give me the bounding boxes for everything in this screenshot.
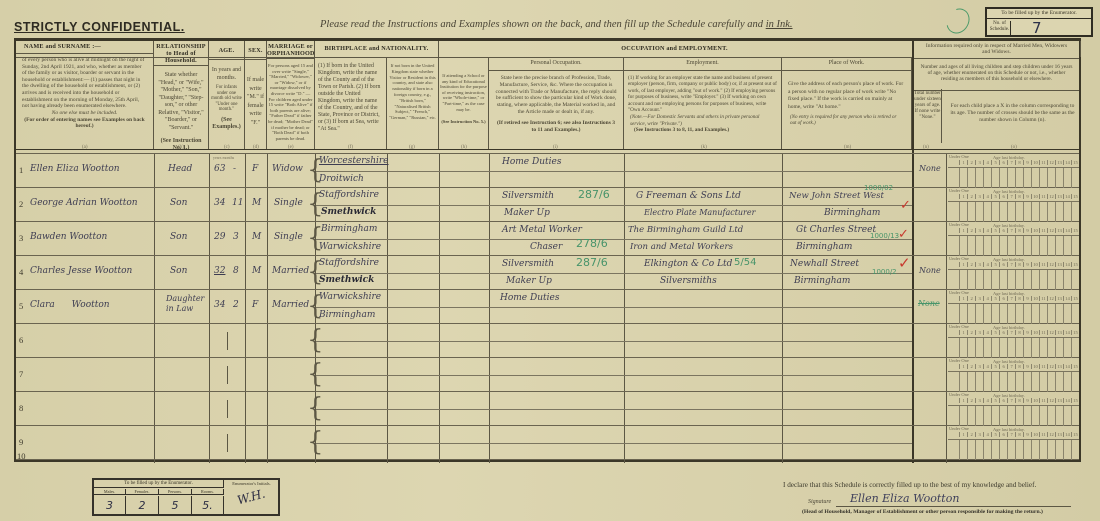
children-total[interactable]: None: [918, 299, 940, 308]
relationship[interactable]: Son: [170, 232, 187, 242]
schedule-box-label: No. of Schedule.: [989, 21, 1011, 35]
occupation-detail[interactable]: Maker Up: [504, 208, 550, 218]
age-number: 13: [1055, 194, 1063, 199]
age-cell[interactable]: [1031, 338, 1039, 358]
age-divider: [227, 434, 228, 452]
females-count[interactable]: 2: [126, 496, 159, 515]
row-subline: [316, 273, 912, 274]
work-address[interactable]: New John Street West: [789, 191, 884, 201]
marriage-status[interactable]: Single: [274, 198, 303, 208]
age-number: 6: [999, 398, 1007, 403]
enumerator-box-title: To be filled up by the Enumerator.: [94, 480, 224, 488]
age-number: 9: [1023, 398, 1031, 403]
header-personal-occupation: Personal Occupation. State here the prec…: [489, 57, 624, 149]
age-cell[interactable]: [1023, 338, 1031, 358]
table-row: 7{: [16, 357, 1079, 391]
header-nationality: If not born in the United Kingdom state …: [387, 57, 439, 149]
age-cell[interactable]: [1071, 304, 1079, 324]
work-town[interactable]: Birmingham: [824, 208, 880, 218]
rooms-count[interactable]: 5.: [192, 496, 224, 515]
relationship[interactable]: Head: [168, 164, 192, 174]
age-cell[interactable]: [959, 406, 967, 426]
signature-field[interactable]: Ellen Eliza Wootton: [850, 492, 959, 505]
person-name[interactable]: George Adrian Wootton: [30, 198, 138, 208]
age-cell[interactable]: [991, 338, 999, 358]
work-address[interactable]: Newhall Street: [790, 259, 859, 269]
header-personal-occupation-body: State here the precise branch of Profess…: [489, 71, 623, 120]
age-cell[interactable]: [1015, 338, 1023, 358]
age-months[interactable]: -: [233, 164, 236, 174]
age-number: 10: [1031, 398, 1039, 403]
age-cell[interactable]: [1063, 202, 1071, 222]
col-letter-k: (k): [701, 145, 707, 150]
age-cell[interactable]: [1063, 168, 1071, 188]
employer-business[interactable]: Iron and Metal Workers: [630, 242, 733, 252]
under-one-label: Under One: [949, 155, 969, 160]
age-cell[interactable]: [975, 372, 983, 392]
age-cell[interactable]: [1015, 168, 1023, 188]
age-number: 6: [999, 262, 1007, 267]
age-years[interactable]: 63: [214, 164, 225, 174]
age-cell[interactable]: [999, 270, 1007, 290]
age-cell[interactable]: [1047, 372, 1055, 392]
age-cell[interactable]: [1023, 270, 1031, 290]
employer-business[interactable]: Silversmiths: [660, 276, 717, 286]
age-cell[interactable]: [1015, 270, 1023, 290]
age-number: 3: [975, 194, 983, 199]
row-subline: [316, 239, 912, 240]
males-count[interactable]: 3: [94, 496, 126, 515]
birthplace-town[interactable]: Smethwick: [319, 275, 374, 285]
birthplace-county[interactable]: Worcestershire: [319, 156, 389, 166]
age-cell[interactable]: [975, 304, 983, 324]
age-cell[interactable]: [948, 168, 959, 188]
occupation-detail[interactable]: Maker Up: [506, 276, 552, 286]
age-cell[interactable]: [1071, 236, 1079, 256]
birthplace-town[interactable]: Warwickshire: [319, 242, 381, 252]
age-cell[interactable]: [1063, 236, 1071, 256]
age-number: 1: [959, 194, 967, 199]
age-number: 6: [999, 364, 1007, 369]
occupation[interactable]: Home Duties: [500, 293, 559, 303]
age-cell[interactable]: [1015, 236, 1023, 256]
instruction-ink: in Ink.: [766, 19, 793, 30]
age-cell[interactable]: [967, 372, 975, 392]
age-number: 10: [1031, 160, 1039, 165]
age-cell[interactable]: [967, 168, 975, 188]
age-cell[interactable]: [1007, 338, 1015, 358]
age-cell[interactable]: [959, 440, 967, 460]
age-cell[interactable]: [948, 406, 959, 426]
birthplace-town[interactable]: Droitwich: [319, 174, 364, 184]
age-number: 12: [1047, 398, 1055, 403]
age-cell[interactable]: [1055, 202, 1063, 222]
age-cell[interactable]: [1071, 406, 1079, 426]
age-cell[interactable]: [975, 338, 983, 358]
age-cell[interactable]: [1015, 406, 1023, 426]
employer[interactable]: Elkington & Co Ltd: [644, 259, 732, 269]
age-cell[interactable]: [1071, 202, 1079, 222]
relationship[interactable]: Son: [170, 198, 187, 208]
birthplace-town[interactable]: Smethwick: [321, 207, 376, 217]
age-cell[interactable]: [991, 440, 999, 460]
age-cell[interactable]: [1015, 304, 1023, 324]
age-years[interactable]: 29: [214, 232, 225, 242]
age-cell[interactable]: [1031, 236, 1039, 256]
age-cell[interactable]: [1007, 270, 1015, 290]
age-cell[interactable]: [959, 202, 967, 222]
census-form-table: NAME and SURNAME :— of every person who …: [14, 38, 1081, 462]
age-cell[interactable]: [1023, 202, 1031, 222]
age-grid-numbers: 123456789101112131415: [948, 398, 1079, 403]
age-years[interactable]: 34: [214, 198, 225, 208]
age-cell[interactable]: [991, 406, 999, 426]
age-cell[interactable]: [1055, 338, 1063, 358]
age-cell[interactable]: [1007, 236, 1015, 256]
age-cell[interactable]: [1047, 270, 1055, 290]
age-cell[interactable]: [967, 270, 975, 290]
age-divider: [227, 400, 228, 418]
age-months[interactable]: 3: [233, 232, 239, 242]
age-cell[interactable]: [991, 236, 999, 256]
sex[interactable]: F: [252, 300, 258, 310]
age-cell[interactable]: [1007, 406, 1015, 426]
age-months[interactable]: 11: [232, 198, 243, 208]
header-children: Information required only in respect of …: [912, 41, 1079, 149]
age-cell[interactable]: [1047, 440, 1055, 460]
age-number: 13: [1055, 364, 1063, 369]
under-one-label: Under One: [949, 257, 969, 262]
age-cell[interactable]: [975, 236, 983, 256]
age-cell[interactable]: [983, 440, 991, 460]
age-cell[interactable]: [1031, 372, 1039, 392]
age-number: 6: [999, 228, 1007, 233]
age-cell[interactable]: [1071, 338, 1079, 358]
employer-code: 5/54: [734, 257, 756, 268]
marriage-status[interactable]: Married: [272, 300, 309, 310]
brace-icon: {: [307, 361, 324, 387]
age-cell[interactable]: [983, 168, 991, 188]
age-cell[interactable]: [983, 236, 991, 256]
census-schedule-page: STRICTLY CONFIDENTIAL. Please read the I…: [0, 0, 1100, 521]
header-name-body: of every person who is alive at midnight…: [22, 57, 147, 110]
age-number: 1: [959, 160, 967, 165]
age-months[interactable]: 2: [233, 300, 239, 310]
age-cell[interactable]: [1055, 236, 1063, 256]
age-cell[interactable]: [1039, 372, 1047, 392]
header-employment-body: (1) If working for an employer state the…: [624, 71, 781, 114]
age-cell[interactable]: [1007, 304, 1015, 324]
age-cell[interactable]: [1071, 270, 1079, 290]
age-cell[interactable]: [1055, 372, 1063, 392]
age-cell[interactable]: [1063, 338, 1071, 358]
age-cell[interactable]: [1039, 304, 1047, 324]
person-name[interactable]: Ellen Eliza Wootton: [30, 164, 120, 174]
age-cell[interactable]: [1055, 304, 1063, 324]
age-number: 1: [959, 364, 967, 369]
age-cell[interactable]: [1063, 440, 1071, 460]
age-cell[interactable]: [1071, 372, 1079, 392]
age-cell[interactable]: [1071, 168, 1079, 188]
relationship[interactable]: Son: [170, 266, 187, 276]
header-relationship-title: RELATIONSHIP to Head of Household.: [154, 43, 208, 66]
sex[interactable]: F: [252, 164, 258, 174]
children-age-grid: Under OneAge last birthday.1234567891011…: [948, 324, 1079, 358]
age-cell[interactable]: [1023, 406, 1031, 426]
birthplace-county[interactable]: Warwickshire: [319, 292, 381, 302]
age-cell[interactable]: [1031, 168, 1039, 188]
age-cell[interactable]: [1063, 270, 1071, 290]
age-cell[interactable]: [983, 406, 991, 426]
col-letter-b: (b): [178, 145, 184, 150]
birthplace-county[interactable]: Birmingham: [321, 224, 377, 234]
green-check-mark-icon: [942, 4, 974, 38]
age-cell[interactable]: [1007, 202, 1015, 222]
age-cell[interactable]: [1047, 168, 1055, 188]
age-cell[interactable]: [959, 168, 967, 188]
age-cell[interactable]: [983, 270, 991, 290]
age-number: 8: [1015, 364, 1023, 369]
age-cell[interactable]: [1039, 168, 1047, 188]
age-years[interactable]: 32: [214, 266, 225, 276]
age-number: 14: [1063, 228, 1071, 233]
age-cell[interactable]: [1031, 406, 1039, 426]
occupation[interactable]: Home Duties: [502, 157, 561, 167]
row-number: 8: [19, 403, 23, 413]
age-cell[interactable]: [999, 202, 1007, 222]
age-cell[interactable]: [1031, 440, 1039, 460]
row-subline: [316, 375, 912, 376]
occupation-detail[interactable]: Chaser: [530, 242, 562, 252]
age-cell[interactable]: [1023, 304, 1031, 324]
children-age-grid: Under OneAge last birthday.1234567891011…: [948, 426, 1079, 460]
age-number: [948, 194, 959, 199]
age-cell[interactable]: [1039, 270, 1047, 290]
age-cell[interactable]: [999, 406, 1007, 426]
marriage-status[interactable]: Widow: [272, 164, 303, 174]
age-cell[interactable]: [948, 372, 959, 392]
age-cell[interactable]: [967, 236, 975, 256]
employer[interactable]: The Birmingham Guild Ltd: [628, 225, 743, 235]
age-cell[interactable]: [1047, 338, 1055, 358]
age-cell[interactable]: [991, 168, 999, 188]
occupation-code: 278/6: [576, 237, 608, 250]
age-cell[interactable]: [967, 440, 975, 460]
age-cell[interactable]: [999, 338, 1007, 358]
birthplace-county[interactable]: Staffordshire: [319, 190, 379, 200]
sex[interactable]: M: [252, 198, 261, 208]
age-cell[interactable]: [1039, 406, 1047, 426]
age-number: 9: [1023, 432, 1031, 437]
row-number: 7: [19, 369, 23, 379]
age-cell[interactable]: [1039, 440, 1047, 460]
age-cell[interactable]: [999, 440, 1007, 460]
age-cell[interactable]: [1055, 168, 1063, 188]
age-cell[interactable]: [975, 270, 983, 290]
occupation[interactable]: Silversmith: [502, 259, 554, 269]
age-cell[interactable]: [967, 406, 975, 426]
age-cell[interactable]: [983, 372, 991, 392]
age-cell[interactable]: [959, 270, 967, 290]
age-years[interactable]: 34: [214, 300, 225, 310]
age-cell[interactable]: [1023, 168, 1031, 188]
age-subheader: years months: [213, 155, 234, 160]
age-cell[interactable]: [948, 270, 959, 290]
age-cell[interactable]: [1039, 202, 1047, 222]
birthplace-county[interactable]: Staffordshire: [319, 258, 379, 268]
work-town[interactable]: Birmingham: [794, 276, 850, 286]
header-place-of-work-note: (No entry is required for any person who…: [782, 115, 911, 127]
header-name-note: No one else must be included.: [22, 110, 147, 117]
age-cell[interactable]: [967, 304, 975, 324]
males-header: Males.: [94, 489, 126, 495]
age-number: 12: [1047, 364, 1055, 369]
age-number: 1: [959, 262, 967, 267]
age-cell[interactable]: [975, 168, 983, 188]
age-cell[interactable]: [1031, 304, 1039, 324]
age-cell[interactable]: [991, 304, 999, 324]
age-cell[interactable]: [999, 168, 1007, 188]
age-cell[interactable]: [1071, 440, 1079, 460]
age-cell[interactable]: [959, 338, 967, 358]
age-cell[interactable]: [948, 304, 959, 324]
table-row: 2 George Adrian Wootton Son 34 11 M Sing…: [16, 187, 1079, 221]
children-age-grid: Under OneAge last birthday.1234567891011…: [948, 358, 1079, 392]
age-cell[interactable]: [991, 270, 999, 290]
age-cell[interactable]: [959, 304, 967, 324]
age-number: 3: [975, 296, 983, 301]
persons-count[interactable]: 5: [159, 496, 192, 515]
row-number: 3: [19, 233, 23, 243]
age-cell[interactable]: [1047, 236, 1055, 256]
age-cell[interactable]: [967, 202, 975, 222]
age-cell[interactable]: [999, 236, 1007, 256]
age-cell[interactable]: [948, 236, 959, 256]
age-cell[interactable]: [948, 202, 959, 222]
age-number: 7: [1007, 432, 1015, 437]
work-address[interactable]: Gt Charles Street: [796, 225, 876, 235]
age-cell[interactable]: [999, 372, 1007, 392]
age-months[interactable]: 8: [233, 266, 239, 276]
occupation[interactable]: Art Metal Worker: [502, 225, 582, 235]
age-cell[interactable]: [991, 202, 999, 222]
age-cell[interactable]: [1047, 406, 1055, 426]
age-cell[interactable]: [999, 304, 1007, 324]
col-letter-i: (i): [553, 145, 558, 150]
age-number: 9: [1023, 194, 1031, 199]
age-number: 6: [999, 160, 1007, 165]
age-cell[interactable]: [1007, 372, 1015, 392]
birthplace-town[interactable]: Birmingham: [319, 310, 375, 320]
children-age-grid: Under OneAge last birthday.1234567891011…: [948, 290, 1079, 324]
age-cell[interactable]: [991, 372, 999, 392]
age-cell[interactable]: [1031, 202, 1039, 222]
age-cell[interactable]: [1007, 440, 1015, 460]
age-cell[interactable]: [1055, 270, 1063, 290]
occupation-code: 287/6: [576, 256, 608, 269]
age-cell[interactable]: [1047, 202, 1055, 222]
age-cell[interactable]: [1063, 372, 1071, 392]
age-number: 4: [983, 398, 991, 403]
col-letter-n: (n): [923, 145, 929, 150]
age-number: 10: [1031, 330, 1039, 335]
age-divider: [227, 366, 228, 384]
person-name[interactable]: Bawden Wootton: [30, 232, 107, 242]
age-cell[interactable]: [983, 202, 991, 222]
age-cell[interactable]: [1015, 202, 1023, 222]
age-cell[interactable]: [975, 440, 983, 460]
age-cell[interactable]: [1055, 440, 1063, 460]
age-cell[interactable]: [959, 372, 967, 392]
age-cell[interactable]: [1015, 440, 1023, 460]
occupation[interactable]: Silversmith: [502, 191, 554, 201]
age-cell[interactable]: [1039, 236, 1047, 256]
age-cell[interactable]: [975, 202, 983, 222]
header-marriage-body: For persons aged 15 and over write "Sing…: [268, 63, 313, 141]
age-number: 11: [1039, 364, 1047, 369]
age-cell[interactable]: [948, 440, 959, 460]
sex[interactable]: M: [252, 232, 261, 242]
age-number: 15: [1071, 398, 1079, 403]
marriage-status[interactable]: Married: [272, 266, 309, 276]
age-cell[interactable]: [1015, 372, 1023, 392]
children-total[interactable]: None: [919, 266, 941, 275]
marriage-status[interactable]: Single: [274, 232, 303, 242]
person-name[interactable]: Charles Jesse Wootton: [30, 266, 132, 276]
header-name-foot: (For order of entering names see Example…: [22, 117, 147, 130]
age-number: 13: [1055, 228, 1063, 233]
person-name[interactable]: Clara Wootton: [30, 300, 110, 310]
age-cell[interactable]: [1047, 304, 1055, 324]
age-cell[interactable]: [948, 338, 959, 358]
age-cell[interactable]: [1023, 236, 1031, 256]
age-cell[interactable]: [1023, 440, 1031, 460]
header-personal-occupation-title: Personal Occupation.: [489, 57, 623, 71]
age-cell[interactable]: [983, 338, 991, 358]
age-number: 11: [1039, 330, 1047, 335]
age-cell[interactable]: [967, 338, 975, 358]
age-grid-numbers: 123456789101112131415: [948, 262, 1079, 267]
children-total[interactable]: None: [919, 164, 941, 173]
age-number: 7: [1007, 194, 1015, 199]
age-cell[interactable]: [1063, 406, 1071, 426]
age-cell[interactable]: [1039, 338, 1047, 358]
age-number: 4: [983, 228, 991, 233]
row-number: 9: [19, 437, 23, 447]
sex[interactable]: M: [252, 266, 261, 276]
work-town[interactable]: Birmingham: [796, 242, 852, 252]
under-one-label: Under One: [949, 393, 969, 398]
under-one-label: Under One: [949, 223, 969, 228]
age-cell[interactable]: [959, 236, 967, 256]
age-number: 10: [1031, 228, 1039, 233]
age-cell[interactable]: [975, 406, 983, 426]
relationship[interactable]: Daughter in Law: [166, 294, 208, 314]
age-cell[interactable]: [1055, 406, 1063, 426]
age-number: 13: [1055, 398, 1063, 403]
employer[interactable]: G Freeman & Sons Ltd: [636, 191, 741, 201]
age-cell[interactable]: [1023, 372, 1031, 392]
age-cell[interactable]: [1031, 270, 1039, 290]
age-number: 14: [1063, 296, 1071, 301]
age-number: 7: [1007, 228, 1015, 233]
employer-business[interactable]: Electro Plate Manufacturer: [644, 208, 755, 217]
age-cell[interactable]: [983, 304, 991, 324]
age-cell[interactable]: [1007, 168, 1015, 188]
age-cell[interactable]: [1063, 304, 1071, 324]
age-number: 2: [967, 228, 975, 233]
age-number: 15: [1071, 194, 1079, 199]
